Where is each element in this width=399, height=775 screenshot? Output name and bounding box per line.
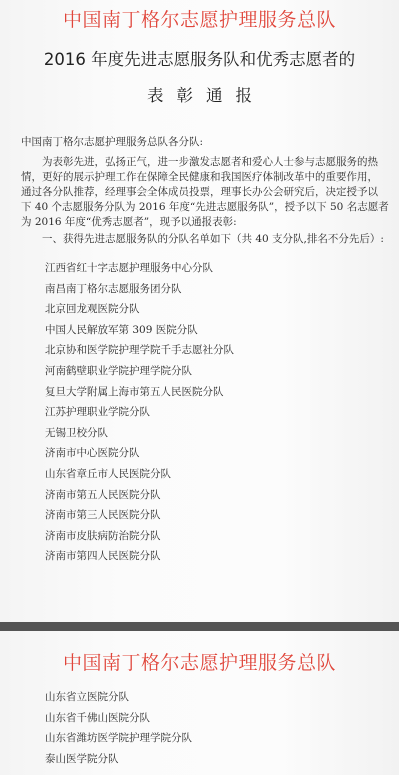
- list-item: 江西省红十字志愿护理服务中心分队: [45, 258, 234, 279]
- body-paragraph: 为表彰先进，弘扬正气，进一步激发志愿者和爱心人士参与志愿服务的热 情，更好的展示…: [21, 155, 381, 230]
- team-list: 江西省红十字志愿护理服务中心分队 南昌南丁格尔志愿服务团分队 北京回龙观医院分队…: [45, 258, 234, 567]
- list-item: 北京回龙观医院分队: [45, 299, 234, 320]
- list-item: 山东省立医院分队: [45, 687, 192, 708]
- team-list: 山东省立医院分队 山东省千佛山医院分队 山东省潍坊医学院护理学院分队 泰山医学院…: [45, 687, 192, 769]
- body-line: 为表彰先进，弘扬正气，进一步激发志愿者和爱心人士参与志愿服务的热: [21, 155, 381, 170]
- list-item: 中国人民解放军第 309 医院分队: [45, 320, 234, 341]
- document-page-2: 中国南丁格尔志愿护理服务总队 山东省立医院分队 山东省千佛山医院分队 山东省潍坊…: [0, 631, 399, 775]
- body-line: 下 40 个志愿服务分队为 2016 年度“先进志愿服务队”，授予以下 50 名…: [21, 200, 381, 215]
- section-heading: 一、获得先进志愿服务队的分队名单如下（共 40 支分队,排名不分先后）:: [42, 231, 384, 246]
- list-item: 复旦大学附属上海市第五人民医院分队: [45, 382, 234, 403]
- list-item: 山东省潍坊医学院护理学院分队: [45, 728, 192, 749]
- org-title: 中国南丁格尔志愿护理服务总队: [0, 5, 399, 32]
- body-line: 为 2016 年度“优秀志愿者”，现予以通报表彰:: [21, 215, 381, 230]
- list-item: 无锡卫校分队: [45, 423, 234, 444]
- body-line: 情，更好的展示护理工作在保障全民健康和我国医疗体制改革中的重要作用，: [21, 170, 381, 185]
- list-item: 河南鹤壁职业学院护理学院分队: [45, 361, 234, 382]
- list-item: 济南市皮肤病防治院分队: [45, 526, 234, 547]
- document-heading: 表彰通报: [0, 82, 399, 106]
- list-item: 济南市第四人民医院分队: [45, 546, 234, 567]
- list-item: 济南市第三人民医院分队: [45, 505, 234, 526]
- page-divider: [0, 622, 399, 631]
- list-item: 南昌南丁格尔志愿服务团分队: [45, 279, 234, 300]
- document-subtitle: 2016 年度先进志愿服务队和优秀志愿者的: [0, 46, 399, 70]
- list-item: 北京协和医学院护理学院千手志愿社分队: [45, 340, 234, 361]
- document-page-1: 中国南丁格尔志愿护理服务总队 2016 年度先进志愿服务队和优秀志愿者的 表彰通…: [0, 0, 399, 622]
- body-line: 通过各分队推荐，经理事会全体成员投票，理事长办公会研究后，决定授予以: [21, 185, 381, 200]
- list-item: 山东省千佛山医院分队: [45, 708, 192, 729]
- list-item: 山东省章丘市人民医院分队: [45, 464, 234, 485]
- list-item: 济南市第五人民医院分队: [45, 485, 234, 506]
- list-item: 江苏护理职业学院分队: [45, 402, 234, 423]
- org-title: 中国南丁格尔志愿护理服务总队: [0, 648, 399, 675]
- list-item: 泰山医学院分队: [45, 749, 192, 770]
- salutation: 中国南丁格尔志愿护理服务总队各分队:: [21, 134, 203, 149]
- list-item: 济南市中心医院分队: [45, 443, 234, 464]
